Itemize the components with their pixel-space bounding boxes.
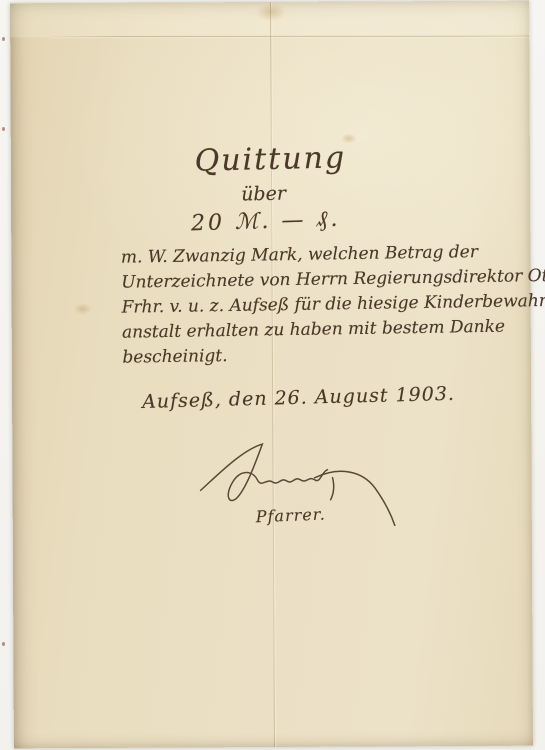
body-line: bescheinigt.	[122, 340, 482, 371]
scanner-edge-speck	[2, 127, 5, 131]
place-date-line: Aufseß, den 26. August 1903.	[142, 383, 455, 413]
fold-crease-vertical	[270, 2, 275, 747]
scanner-edge-speck	[2, 37, 5, 41]
paper-stain	[74, 303, 92, 315]
signature-role: Pfarrer.	[255, 505, 326, 527]
scanned-document: Quittung über 20 ℳ. — ₰. m. W. Zwanzig M…	[0, 0, 545, 750]
paper-sheet: Quittung über 20 ℳ. — ₰. m. W. Zwanzig M…	[10, 1, 533, 749]
document-title: Quittung	[11, 136, 531, 183]
body-text: m. W. Zwanzig Mark, welchen Betrag der U…	[121, 240, 483, 371]
scanner-edge-speck	[2, 642, 5, 646]
fold-crease-horizontal	[50, 36, 529, 37]
paper-stain	[256, 3, 286, 21]
